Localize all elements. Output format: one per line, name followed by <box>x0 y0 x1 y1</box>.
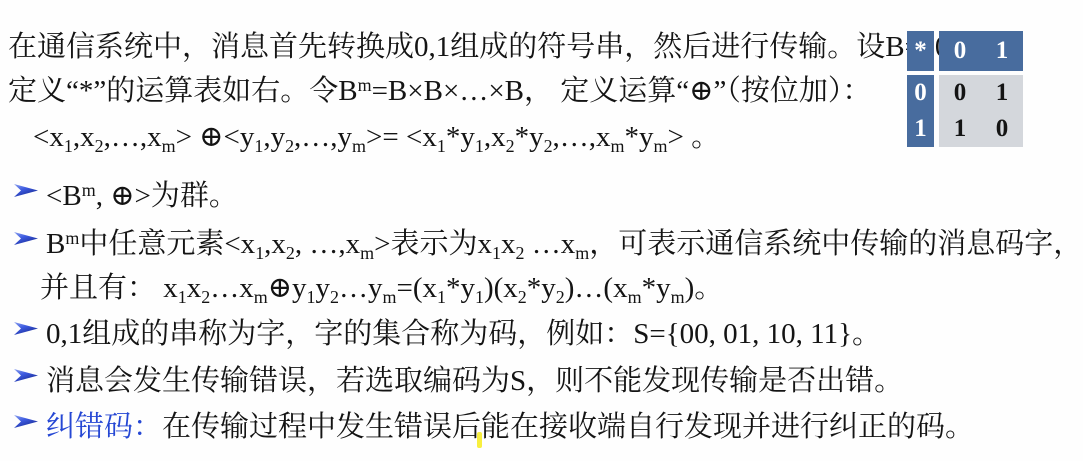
row-label-1: 1 <box>907 111 934 147</box>
operator-symbol: * <box>914 37 927 65</box>
bullet-arrow-icon <box>13 320 39 337</box>
bullet-arrow-icon <box>13 230 39 247</box>
cell-0-0: 0 <box>939 75 981 111</box>
error-correcting-code-definition: 在传输过程中发生错误后能在接收端自行发现并进行纠正的码。 <box>162 411 974 443</box>
bullet-arrow-icon <box>13 367 39 384</box>
operation-table-body: 0 1 1 0 <box>939 75 1023 147</box>
cell-0-1: 1 <box>981 75 1023 111</box>
error-correcting-code-term: 纠错码： <box>46 411 162 443</box>
pointer-mark <box>477 432 482 448</box>
cell-1-1: 0 <box>981 111 1023 147</box>
cell-1-0: 1 <box>939 111 981 147</box>
bullet-error-correcting-code: 纠错码：在传输过程中发生错误后能在接收端自行发现并进行纠正的码。 <box>46 404 974 445</box>
bullet-codeword-line-2: 并且有： x1x2…xm⊕y1y2…ym=(x1*y1)(x2*y2)…(xm*… <box>40 265 723 306</box>
row-label-0: 0 <box>907 75 934 111</box>
operation-table-header-row: 0 1 <box>939 31 1023 71</box>
bullet-transmission-error: 消息会发生传输错误，若选取编码为S，则不能发现传输是否出错。 <box>46 358 903 399</box>
bullet-arrow-icon <box>13 413 39 430</box>
header-col-0: 0 <box>939 31 981 71</box>
lecture-slide: 在通信系统中，消息首先转换成0,1组成的符号串，然后进行传输。设B={0,1}，… <box>0 0 1083 461</box>
header-col-1: 1 <box>981 31 1023 71</box>
bullet-group-statement: <Bm, ⊕>为群。 <box>46 173 238 214</box>
intro-line-2: 定义“*”的运算表如右。令Bm=B×B×…×B， 定义运算“⊕”（按位加）： <box>8 68 871 109</box>
intro-line-1: 在通信系统中，消息首先转换成0,1组成的符号串，然后进行传输。设B={0,1}， <box>8 24 1014 65</box>
bullet-codeword-line-1: Bm中任意元素<x1,x2, …,xm>表示为x1x2 …xm，可表示通信系统中… <box>46 221 1082 262</box>
operation-table-row-labels: 0 1 <box>907 75 934 147</box>
intro-formula-line: <x1,x2,…,xm> ⊕<y1,y2,…,ym>= <x1*y1,x2*y2… <box>33 114 720 155</box>
bullet-arrow-icon <box>13 182 39 199</box>
bullet-code-definition: 0,1组成的串称为字，字的集合称为码，例如：S={00, 01, 10, 11}… <box>46 311 881 352</box>
operation-table-operator-cell: * <box>907 31 934 71</box>
operation-table: * 0 1 0 1 0 1 1 0 <box>907 31 1023 147</box>
